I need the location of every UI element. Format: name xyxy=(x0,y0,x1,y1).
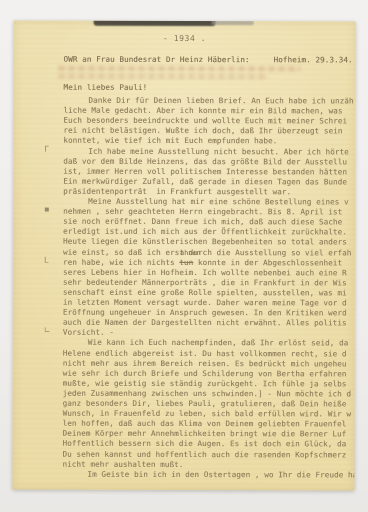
letter-line: len hoffen, daß auch das Klima von Deine… xyxy=(63,419,347,429)
letter-line: Hoffentlich bessern sich die Augen. Es i… xyxy=(62,439,346,449)
letter-line: Im Geiste bin ich in den Ostertagen , wo… xyxy=(87,469,355,479)
letter-line: wie sehr ich durch Briefe und Schilderun… xyxy=(63,368,347,378)
page-year-header: - 1934 . xyxy=(14,34,356,44)
letter-line: präsidentenporträt in Frankfurt ausgeste… xyxy=(63,187,291,197)
letter-line: wie einst, so daß ich erst durch die Aus… xyxy=(63,247,351,257)
letter-line: sie noch eröffnet. Dann freue ich mich, … xyxy=(63,217,342,227)
letter-line: nicht mehr aus ihrem Bereich reisen. Es … xyxy=(63,358,347,368)
letter-line: ist, immer Herren voll politischem Inter… xyxy=(63,166,347,176)
letter-line: Danke Dir für Deinen lieben Brief. An Eu… xyxy=(88,96,353,106)
letter-line: konntet, wie tief ich mit Euch empfunden… xyxy=(63,136,277,146)
letter-line: erledigt ist.und ich mich aus der Öffent… xyxy=(63,227,347,237)
letter-line: senschaft einst eine große Rolle spielte… xyxy=(63,288,347,298)
letter-line: ren habe, wie ich nichts tun konnte in d… xyxy=(63,257,342,267)
letter-line: Meine Ausstellung hat mir eine schöne Be… xyxy=(88,197,349,207)
letter-line: nicht mehr aushalten mußt. xyxy=(62,459,183,468)
letter-line: rei nicht belästigen. Wußte ich doch, da… xyxy=(63,126,342,136)
letter-line: Du sehen kannst und hoffentlich auch die… xyxy=(62,449,346,459)
bleed-through-text xyxy=(58,74,268,80)
letter-line: Ein merkwürdiger Zufall, daß gerade in d… xyxy=(63,176,347,186)
letter-line: auch die Namen der Dargestellten nicht e… xyxy=(63,318,347,328)
letter-page: - 1934 . OWR an Frau Bundesrat Dr Heinz … xyxy=(12,21,355,491)
salutation: Mein liebes Pauli! xyxy=(63,83,147,92)
letter-line: in letzten Moment versagt wurde. Daher w… xyxy=(63,298,347,308)
typed-insertion-word: ahnen xyxy=(180,249,201,257)
margin-mark: ▪ xyxy=(44,205,49,214)
letter-line: Wie kann ich Euch nachempfinden, daß Ihr… xyxy=(88,338,349,348)
letter-line: Ich habe meine Ausstellung nicht besucht… xyxy=(88,146,349,156)
margin-mark: L xyxy=(44,255,48,264)
letter-line: Helene endlich abgereist ist. Du hast vo… xyxy=(63,348,347,358)
letter-line: daß vor dem Bilde Heinzens, das das größ… xyxy=(63,156,347,166)
scan-edge-smudge-light xyxy=(212,21,254,26)
scan-edge-smudge xyxy=(94,21,216,27)
scan-background: { "document": { "page_year_header": "- 1… xyxy=(0,0,368,512)
letter-line: seres Lebens hier in Hofheim. Ich wollte… xyxy=(63,267,347,277)
letter-line: Euch besonders beeindruckte und wollte E… xyxy=(63,116,347,126)
letter-line: Heute liegen die künstlerischen Begebenh… xyxy=(63,237,347,247)
struck-word: tun xyxy=(179,258,193,267)
dateline: Hofheim. 29.3.34. xyxy=(274,55,353,64)
letter-line: ganz besonders Dir, liebes Pauli, gratul… xyxy=(63,399,347,409)
letter-line: sehr bedeutender Männerporträts , die in… xyxy=(63,277,347,287)
letter-line: Wunsch, in Frauenfeld zu leben, sich bal… xyxy=(63,409,351,419)
sender-line: OWR an Frau Bundesrat Dr Heinz Häberlin: xyxy=(64,55,250,64)
letter-line: liche Male gedacht. Aber ich konnte mir … xyxy=(63,106,342,116)
letter-line: Eröffnung ungeheuer in Anspruch gewesen.… xyxy=(63,308,347,318)
letter-line: jeden Zusammenhang zwischen uns schwinde… xyxy=(63,389,351,399)
margin-mark: Γ xyxy=(44,144,48,153)
letter-line: mußte, wie geistig sie ständig zurückgeh… xyxy=(63,378,347,388)
letter-line: nehmen , sehr geachteten Herrn eingebrac… xyxy=(63,207,342,217)
margin-mark: ∟ xyxy=(44,326,51,335)
letter-line: Vorsicht. - xyxy=(63,328,114,337)
letter-line: Deinem Körper mehr Annehmlichkeiten brin… xyxy=(63,429,347,439)
bleed-through-text xyxy=(58,66,300,72)
